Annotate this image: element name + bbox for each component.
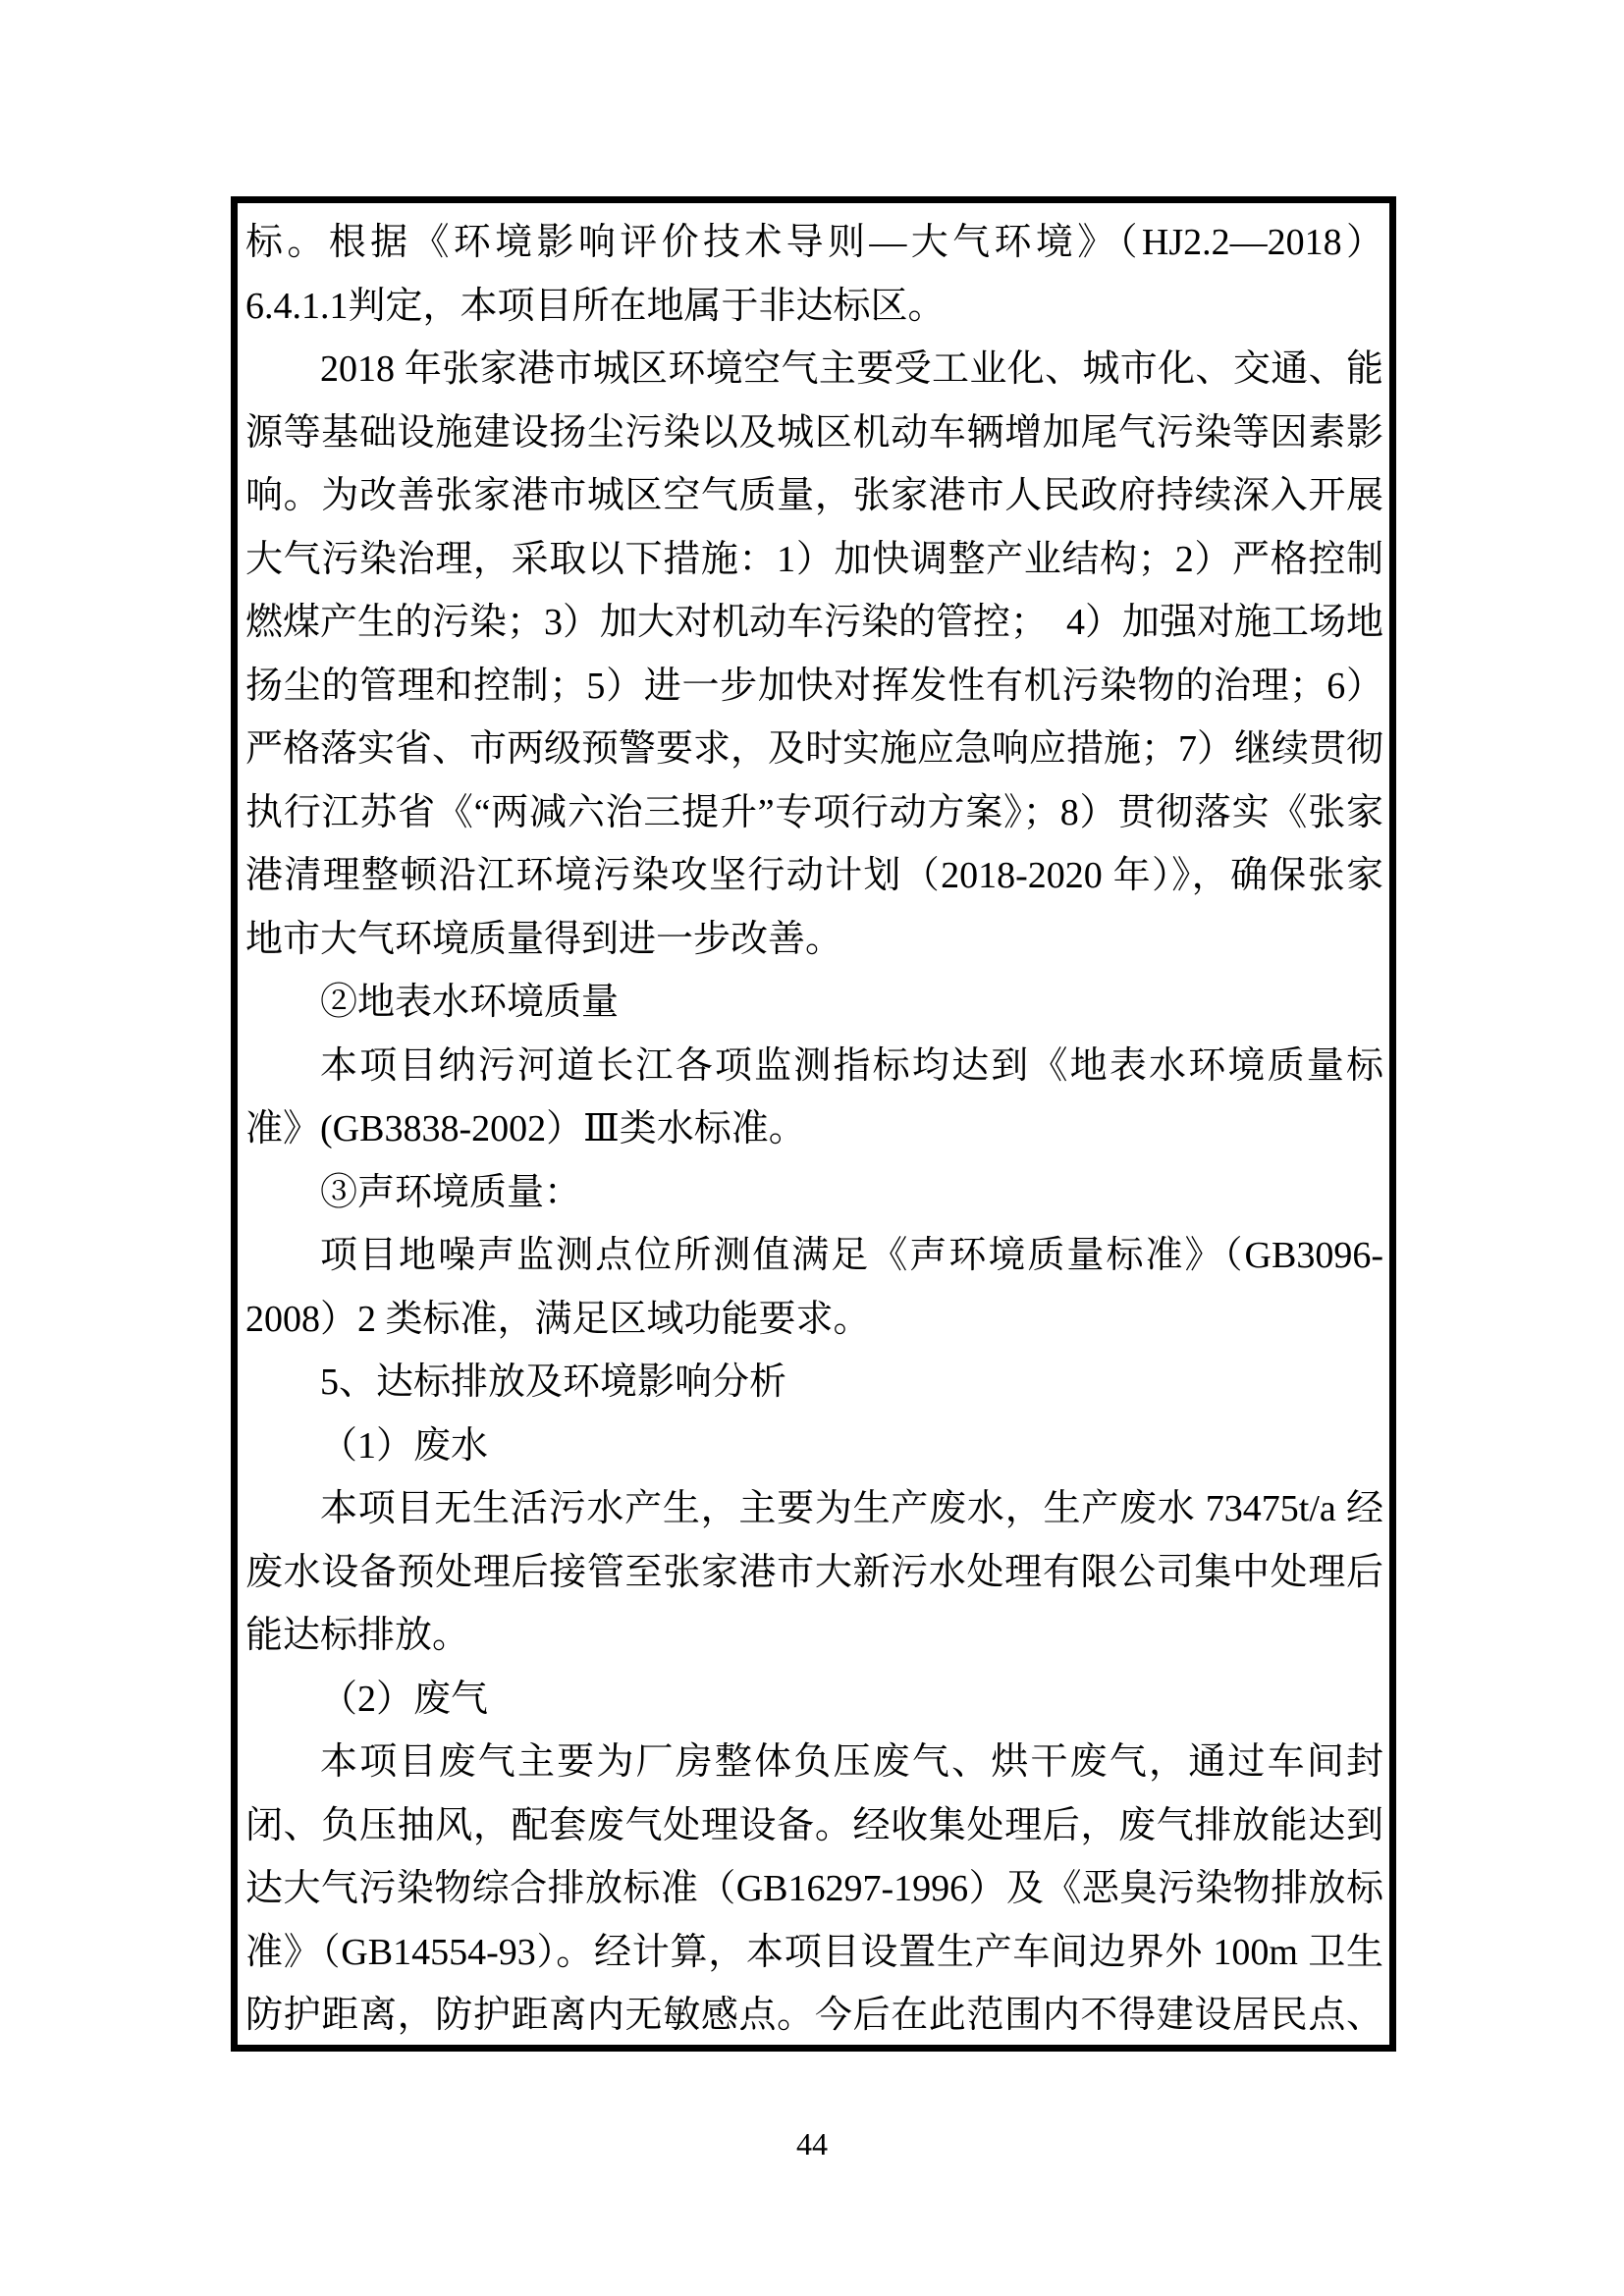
heading-section-5: 5、达标排放及环境影响分析	[245, 1351, 1383, 1415]
heading-surface-water: ②地表水环境质量	[245, 971, 1383, 1035]
heading-waste-gas: （2）废气	[245, 1668, 1383, 1732]
heading-wastewater: （1）废水	[245, 1415, 1383, 1478]
document-page: { "doc": { "paragraphs": [ "标。根据《环境影响评价技…	[0, 0, 1624, 2296]
report-table-cell: 标。根据《环境影响评价技术导则—大气环境》（HJ2.2—2018）6.4.1.1…	[231, 196, 1396, 2052]
paragraph-surface-water: 本项目纳污河道长江各项监测指标均达到《地表水环境质量标准》(GB3838-200…	[245, 1035, 1383, 1161]
paragraph-continuation: 标。根据《环境影响评价技术导则—大气环境》（HJ2.2—2018）6.4.1.1…	[245, 211, 1383, 338]
paragraph-wastewater: 本项目无生活污水产生，主要为生产废水，生产废水 73475t/a 经废水设备预处…	[245, 1477, 1383, 1668]
heading-noise-quality: ③声环境质量：	[245, 1161, 1383, 1225]
paragraph-air-quality: 2018 年张家港市城区环境空气主要受工业化、城市化、交通、能源等基础设施建设扬…	[245, 338, 1383, 971]
page-number: 44	[0, 2124, 1624, 2163]
paragraph-noise-quality: 项目地噪声监测点位所测值满足《声环境质量标准》（GB3096-2008）2 类标…	[245, 1224, 1383, 1351]
paragraph-waste-gas: 本项目废气主要为厂房整体负压废气、烘干废气，通过车间封闭、负压抽风，配套废气处理…	[245, 1731, 1383, 2052]
